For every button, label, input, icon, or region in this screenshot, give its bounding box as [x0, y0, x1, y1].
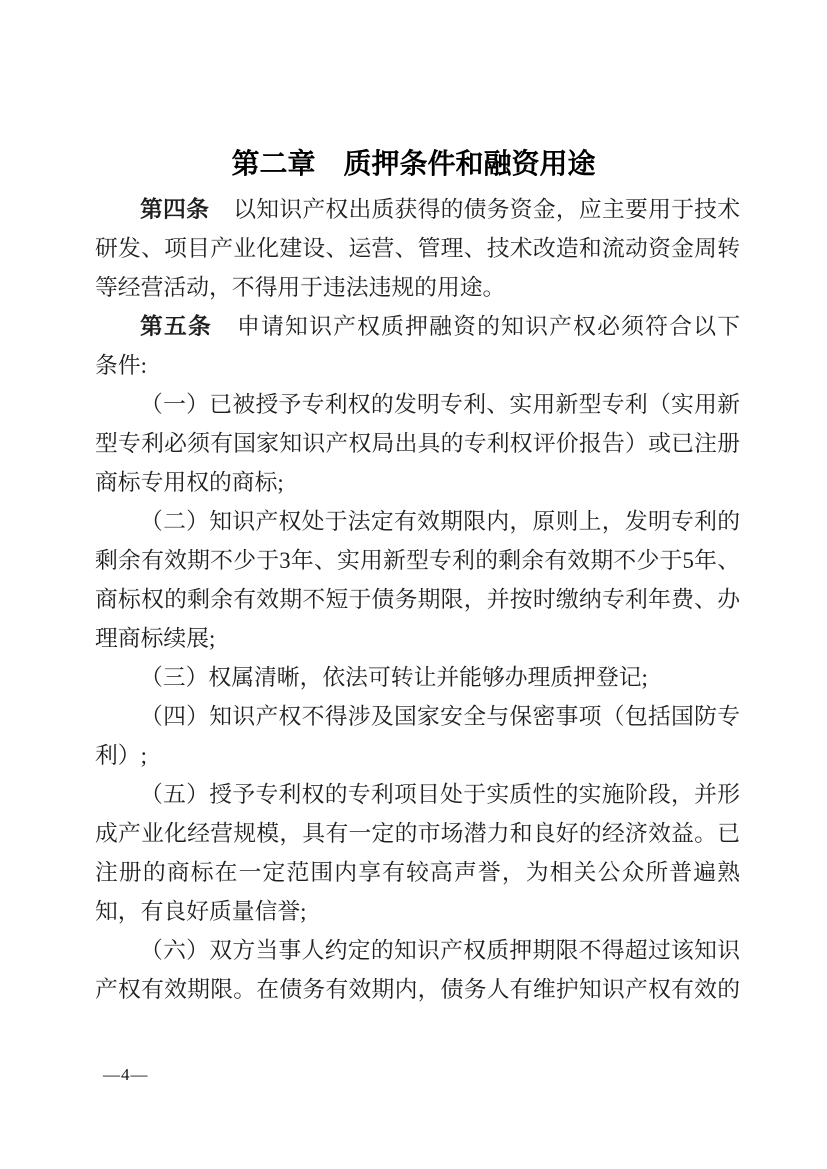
paragraph-line: 研发、项目产业化建设、运营、管理、技术改造和流动资金周转: [95, 229, 740, 268]
paragraph-item-1: （一）已被授予专利权的发明专利、实用新型专利（实用新 型专利必须有国家知识产权局…: [95, 385, 740, 502]
article-label: 第五条: [140, 314, 212, 339]
paragraph-line: 知，有良好质量信誉;: [95, 892, 740, 931]
article-label: 第四条: [140, 197, 209, 222]
paragraph-article-4: 第四条 以知识产权出质获得的债务资金，应主要用于技术 研发、项目产业化建设、运营…: [95, 190, 740, 307]
paragraph-line: （一）已被授予专利权的发明专利、实用新型专利（实用新: [95, 385, 740, 424]
paragraph-line: 剩余有效期不少于3年、实用新型专利的剩余有效期不少于5年、: [95, 541, 740, 580]
paragraph-item-4: （四）知识产权不得涉及国家安全与保密事项（包括国防专 利）;: [95, 697, 740, 775]
paragraph-line: 商标专用权的商标;: [95, 463, 740, 502]
document-page: 第二章 质押条件和融资用途 第四条 以知识产权出质获得的债务资金，应主要用于技术…: [0, 0, 827, 1169]
paragraph-item-3: （三）权属清晰，依法可转让并能够办理质押登记;: [95, 658, 740, 697]
paragraph-line: （三）权属清晰，依法可转让并能够办理质押登记;: [95, 658, 740, 697]
paragraph-line: 第四条 以知识产权出质获得的债务资金，应主要用于技术: [95, 190, 740, 229]
paragraph-line: 条件:: [95, 346, 740, 385]
paragraph-line: 产权有效期限。在债务有效期内，债务人有维护知识产权有效的: [95, 970, 740, 1009]
paragraph-line: （二）知识产权处于法定有效期限内，原则上，发明专利的: [95, 502, 740, 541]
line-text: 以知识产权出质获得的债务资金，应主要用于技术: [210, 197, 740, 222]
paragraph-line: 注册的商标在一定范围内享有较高声誉，为相关公众所普遍熟: [95, 853, 740, 892]
line-text: 申请知识产权质押融资的知识产权必须符合以下: [213, 314, 740, 339]
paragraph-line: 理商标续展;: [95, 619, 740, 658]
paragraph-line: （五）授予专利权的专利项目处于实质性的实施阶段，并形: [95, 775, 740, 814]
paragraph-line: （六）双方当事人约定的知识产权质押期限不得超过该知识: [95, 931, 740, 970]
paragraph-item-5: （五）授予专利权的专利项目处于实质性的实施阶段，并形 成产业化经营规模，具有一定…: [95, 775, 740, 931]
page-number: —4—: [103, 1063, 149, 1087]
paragraph-line: 成产业化经营规模，具有一定的市场潜力和良好的经济效益。已: [95, 814, 740, 853]
paragraph-line: 等经营活动，不得用于违法违规的用途。: [95, 268, 740, 307]
paragraph-line: 型专利必须有国家知识产权局出具的专利权评价报告）或已注册: [95, 424, 740, 463]
paragraph-article-5: 第五条 申请知识产权质押融资的知识产权必须符合以下 条件:: [95, 307, 740, 385]
paragraph-line: 商标权的剩余有效期不短于债务期限，并按时缴纳专利年费、办: [95, 580, 740, 619]
paragraph-item-2: （二）知识产权处于法定有效期限内，原则上，发明专利的 剩余有效期不少于3年、实用…: [95, 502, 740, 658]
paragraph-line: 第五条 申请知识产权质押融资的知识产权必须符合以下: [95, 307, 740, 346]
paragraph-line: （四）知识产权不得涉及国家安全与保密事项（包括国防专: [95, 697, 740, 736]
chapter-title: 第二章 质押条件和融资用途: [0, 146, 827, 182]
paragraph-item-6: （六）双方当事人约定的知识产权质押期限不得超过该知识 产权有效期限。在债务有效期…: [95, 931, 740, 1009]
paragraph-line: 利）;: [95, 736, 740, 775]
document-body: 第四条 以知识产权出质获得的债务资金，应主要用于技术 研发、项目产业化建设、运营…: [95, 190, 740, 1009]
